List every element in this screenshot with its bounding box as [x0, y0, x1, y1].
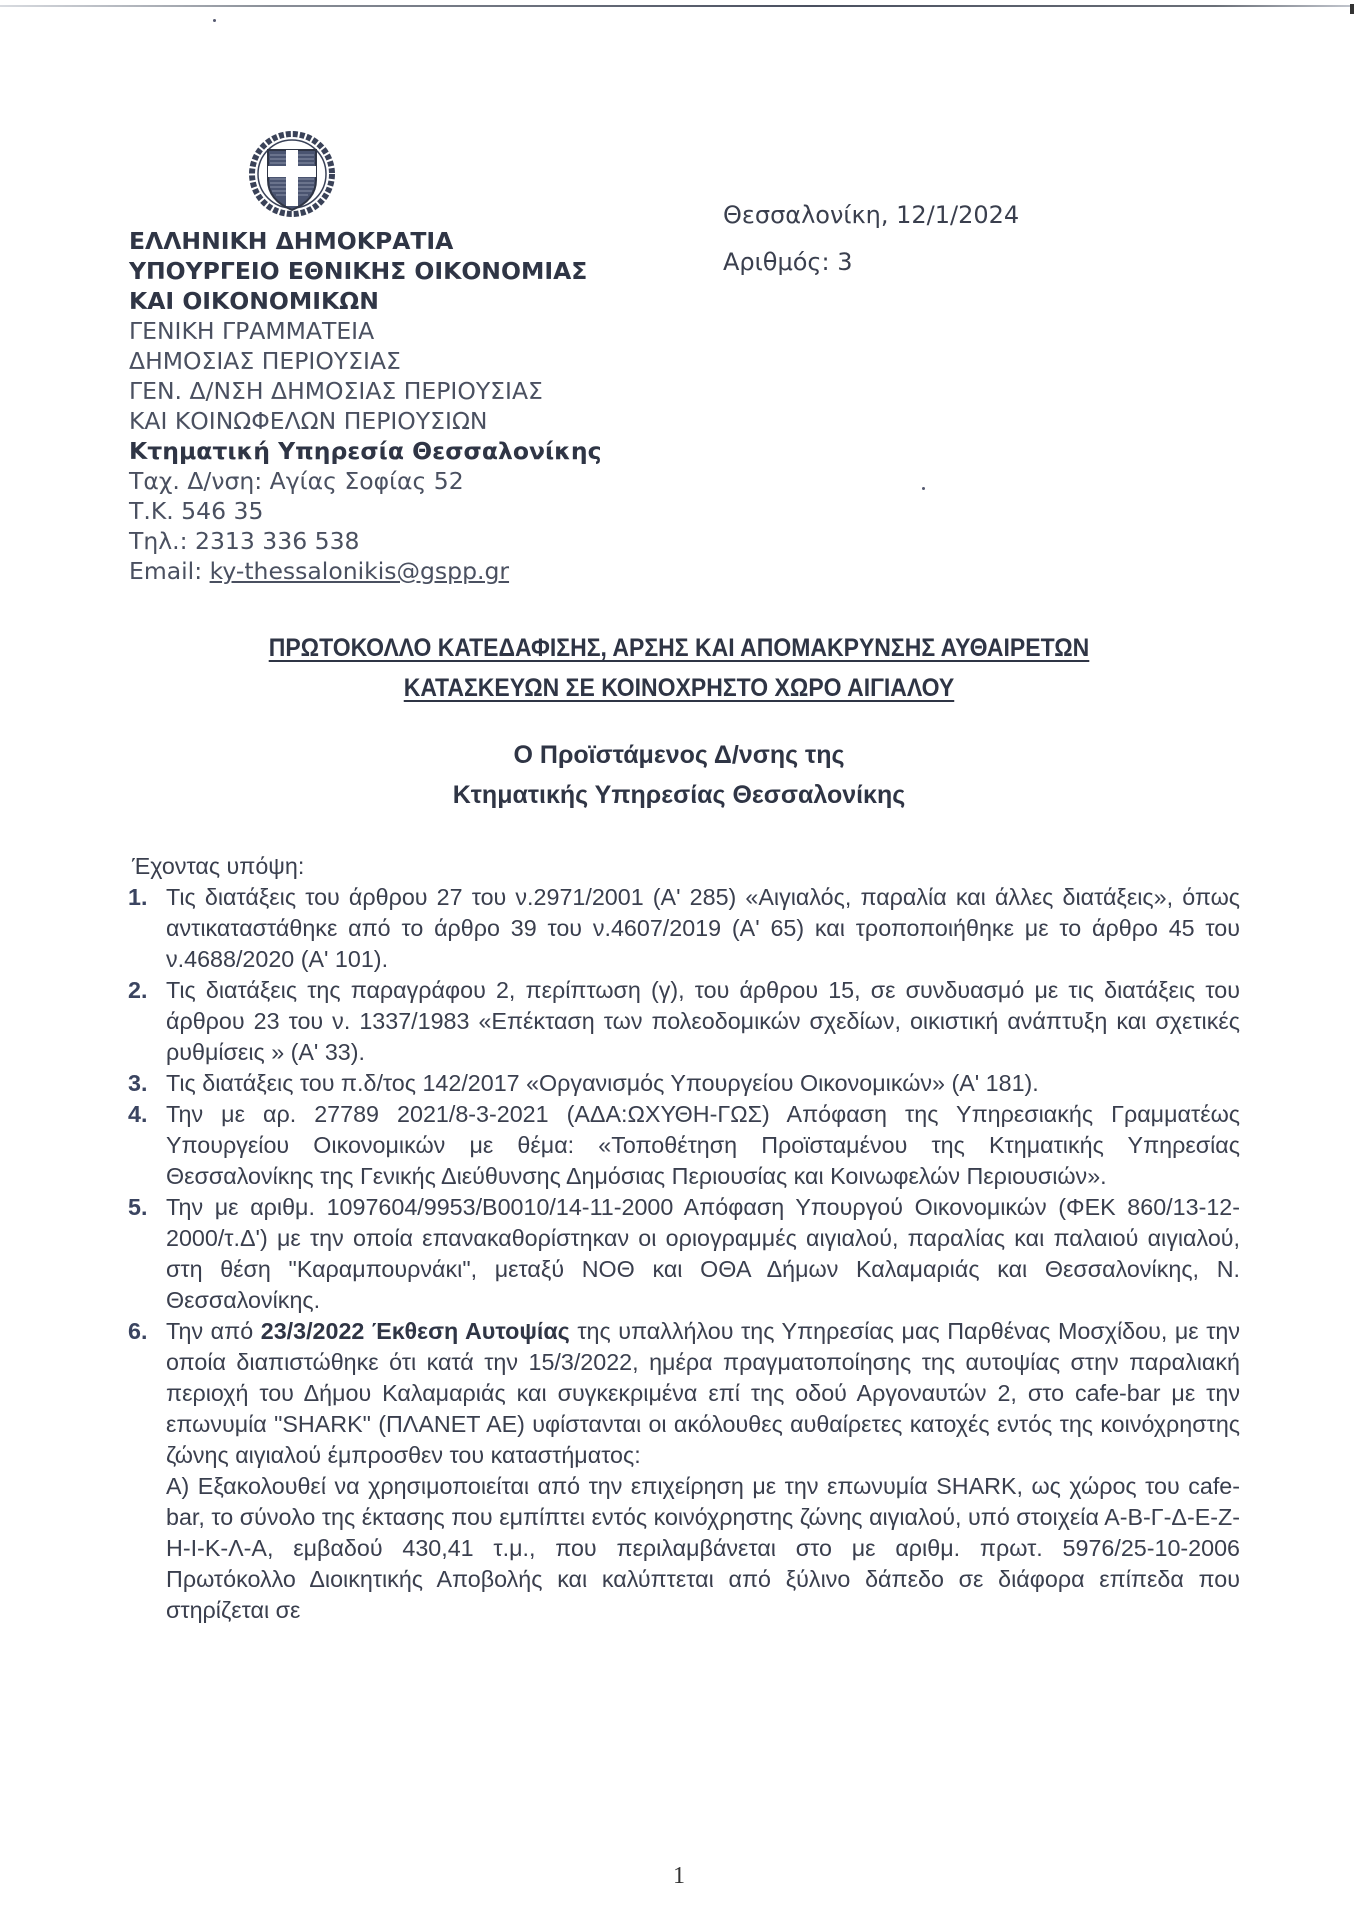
address: Ταχ. Δ/νση: Αγίας Σοφίας 52 — [129, 466, 602, 496]
title-line: ΠΡΩΤΟΚΟΛΛΟ ΚΑΤΕΔΑΦΙΣΗΣ, ΑΡΣΗΣ ΚΑΙ ΑΠΟΜΑΚ… — [269, 634, 1090, 662]
document-meta: Θεσσαλονίκη, 12/1/2024 Αριθμός: 3 — [723, 192, 1019, 286]
item-text: Τις διατάξεις του άρθρου 27 του ν.2971/2… — [166, 884, 1240, 972]
item-text: Την με αριθμ. 1097604/9953/Β0010/14-11-2… — [166, 1194, 1240, 1313]
title-line: ΚΑΤΑΣΚΕΥΩΝ ΣΕ ΚΟΙΝΟΧΡΗΣΤΟ ΧΩΡΟ ΑΙΓΙΑΛΟΥ — [404, 674, 954, 702]
list-item: 4.Την με αρ. 27789 2021/8-3-2021 (ΑΔΑ:ΩΧ… — [162, 1099, 1240, 1192]
email-row: Email: ky-thessalonikis@gspp.gr — [129, 556, 602, 586]
issuer-line: Ο Προϊστάμενος Δ/νσης της — [0, 735, 1358, 775]
issuer-heading: Ο Προϊστάμενος Δ/νσης της Κτηματικής Υπη… — [0, 735, 1358, 815]
letterhead-line: ΥΠΟΥΡΓΕΙΟ ΕΘΝΙΚΗΣ ΟΙΚΟΝΟΜΙΑΣ — [129, 256, 602, 286]
postal-code: Τ.Κ. 546 35 — [129, 496, 602, 526]
scan-speck — [213, 19, 216, 22]
document-title: ΠΡΩΤΟΚΟΛΛΟ ΚΑΤΕΔΑΦΙΣΗΣ, ΑΡΣΗΣ ΚΑΙ ΑΠΟΜΑΚ… — [54, 628, 1303, 708]
letterhead-line: ΓΕΝ. Δ/ΝΣΗ ΔΗΜΟΣΙΑΣ ΠΕΡΙΟΥΣΙΑΣ — [129, 376, 602, 406]
list-item: 5.Την με αριθμ. 1097604/9953/Β0010/14-11… — [162, 1192, 1240, 1316]
scan-edge-line — [0, 5, 1350, 7]
email-label: Email: — [129, 557, 210, 585]
considerations-list: 1.Τις διατάξεις του άρθρου 27 του ν.2971… — [162, 882, 1240, 1626]
document-number: Αριθμός: 3 — [723, 239, 1019, 286]
intro-text: Έχοντας υπόψη: — [132, 851, 1240, 882]
greek-coat-of-arms-icon — [248, 128, 336, 220]
item-number: 6. — [128, 1316, 147, 1347]
page-number: 1 — [0, 1863, 1358, 1890]
item-text: Τις διατάξεις της παραγράφου 2, περίπτωσ… — [166, 977, 1240, 1065]
list-item: 6.Την από 23/3/2022 Έκθεση Αυτοψίας της … — [162, 1316, 1240, 1626]
item-number: 5. — [128, 1192, 147, 1223]
item-number: 3. — [128, 1068, 147, 1099]
phone: Τηλ.: 2313 336 538 — [129, 526, 602, 556]
list-item: 3.Τις διατάξεις του π.δ/τος 142/2017 «Ορ… — [162, 1068, 1240, 1099]
letterhead-line: ΕΛΛΗΝΙΚΗ ΔΗΜΟΚΡΑΤΙΑ — [129, 226, 602, 256]
letterhead-line: ΔΗΜΟΣΙΑΣ ΠΕΡΙΟΥΣΙΑΣ — [129, 346, 602, 376]
document-body: Έχοντας υπόψη: 1.Τις διατάξεις του άρθρο… — [162, 851, 1240, 1626]
letterhead-line: ΚΑΙ ΟΙΚΟΝΟΜΙΚΩΝ — [129, 286, 602, 316]
letterhead-line: ΓΕΝΙΚΗ ΓΡΑΜΜΑΤΕΙΑ — [129, 316, 602, 346]
email-link[interactable]: ky-thessalonikis@gspp.gr — [210, 557, 509, 585]
sub-item-a: Α) Εξακολουθεί να χρησιμοποιείται από τη… — [166, 1471, 1240, 1626]
place-date: Θεσσαλονίκη, 12/1/2024 — [723, 192, 1019, 239]
item-text-bold: 23/3/2022 Έκθεση Αυτοψίας — [261, 1318, 570, 1344]
item-text: Την από — [166, 1318, 261, 1344]
item-text: Την με αρ. 27789 2021/8-3-2021 (ΑΔΑ:ΩΧΥΘ… — [166, 1101, 1240, 1189]
scan-edge-mark — [1350, 4, 1354, 14]
list-item: 1.Τις διατάξεις του άρθρου 27 του ν.2971… — [162, 882, 1240, 975]
issuer-line: Κτηματικής Υπηρεσίας Θεσσαλονίκης — [0, 775, 1358, 815]
service-name: Κτηματική Υπηρεσία Θεσσαλονίκης — [129, 436, 602, 466]
scan-speck — [922, 487, 925, 490]
item-number: 1. — [128, 882, 147, 913]
list-item: 2.Τις διατάξεις της παραγράφου 2, περίπτ… — [162, 975, 1240, 1068]
letterhead: ΕΛΛΗΝΙΚΗ ΔΗΜΟΚΡΑΤΙΑ ΥΠΟΥΡΓΕΙΟ ΕΘΝΙΚΗΣ ΟΙ… — [129, 226, 602, 586]
item-text: Τις διατάξεις του π.δ/τος 142/2017 «Οργα… — [166, 1070, 1039, 1096]
item-number: 4. — [128, 1099, 147, 1130]
letterhead-line: ΚΑΙ ΚΟΙΝΩΦΕΛΩΝ ΠΕΡΙΟΥΣΙΩΝ — [129, 406, 602, 436]
item-number: 2. — [128, 975, 147, 1006]
